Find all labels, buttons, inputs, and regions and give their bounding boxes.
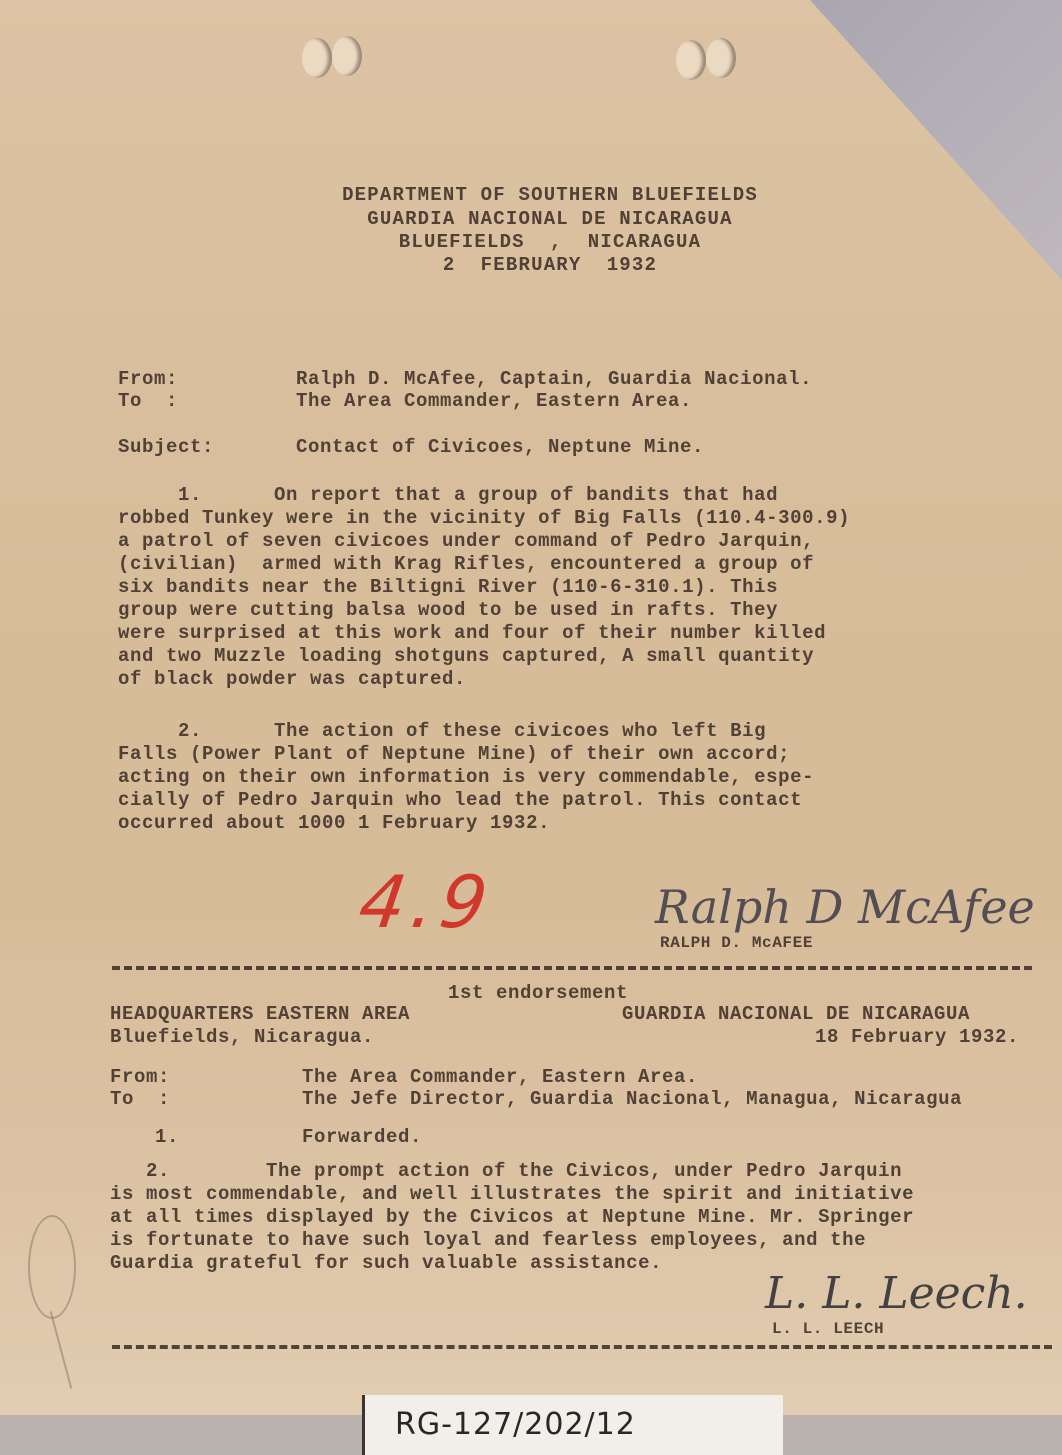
- endorsement-from-value: The Area Commander, Eastern Area.: [302, 1066, 698, 1088]
- paragraph-line: 1. On report that a group of bandits tha…: [118, 484, 778, 506]
- paragraph-line: occurred about 1000 1 February 1932.: [118, 812, 550, 834]
- endorsement-title: 1st endorsement: [448, 982, 628, 1004]
- to-value: The Area Commander, Eastern Area.: [296, 390, 692, 412]
- endorsement-location: Bluefields, Nicaragua.: [110, 1026, 374, 1048]
- paragraph-line: is fortunate to have such loyal and fear…: [110, 1229, 866, 1251]
- punch-hole: [332, 36, 362, 76]
- letterhead-department: DEPARTMENT OF SOUTHERN BLUEFIELDS: [250, 184, 850, 206]
- margin-pencil-mark-stem: [50, 1311, 73, 1389]
- letterhead-guardia: GUARDIA NACIONAL DE NICARAGUA: [250, 208, 850, 230]
- paragraph-line: at all times displayed by the Civicos at…: [110, 1206, 914, 1228]
- paragraph-line: and two Muzzle loading shotguns captured…: [118, 645, 814, 667]
- punch-hole: [706, 38, 736, 78]
- endorsement-to-value: The Jefe Director, Guardia Nacional, Man…: [302, 1088, 962, 1110]
- endorsement-to-label: To :: [110, 1088, 170, 1110]
- to-label: To :: [118, 390, 178, 412]
- paragraph-line: cially of Pedro Jarquin who lead the pat…: [118, 789, 802, 811]
- archive-label-card: RG-127/202/12: [362, 1395, 783, 1455]
- typed-signature-mcafee: RALPH D. McAFEE: [660, 932, 813, 954]
- endorsement-guardia: GUARDIA NACIONAL DE NICARAGUA: [622, 1003, 970, 1025]
- paragraph-line: Falls (Power Plant of Neptune Mine) of t…: [118, 743, 790, 765]
- subject-value: Contact of Civicoes, Neptune Mine.: [296, 436, 704, 458]
- paragraph-line: (civilian) armed with Krag Rifles, encou…: [118, 553, 814, 575]
- subject-label: Subject:: [118, 436, 214, 458]
- endorsement-date: 18 February 1932.: [815, 1026, 1019, 1048]
- paragraph-line: six bandits near the Biltigni River (110…: [118, 576, 778, 598]
- typed-signature-leech: L. L. LEECH: [772, 1318, 884, 1340]
- red-handwritten-annotation: 4.9: [354, 860, 498, 944]
- paragraph-line: 2. The action of these civicoes who left…: [118, 720, 766, 742]
- paragraph-line: robbed Tunkey were in the vicinity of Bi…: [118, 507, 850, 529]
- document-page: DEPARTMENT OF SOUTHERN BLUEFIELDS GUARDI…: [0, 0, 1062, 1415]
- endorsement-hq: HEADQUARTERS EASTERN AREA: [110, 1003, 410, 1025]
- paragraph-line: Guardia grateful for such valuable assis…: [110, 1252, 662, 1274]
- paragraph-line: acting on their own information is very …: [118, 766, 814, 788]
- archive-reference: RG-127/202/12: [395, 1407, 636, 1442]
- divider-dashed: [112, 966, 1032, 970]
- from-label: From:: [118, 368, 178, 390]
- letterhead-date: 2 FEBRUARY 1932: [250, 254, 850, 276]
- letterhead-location: BLUEFIELDS , NICARAGUA: [250, 231, 850, 253]
- divider-dashed: [112, 1345, 1052, 1349]
- paragraph-line: a patrol of seven civicoes under command…: [118, 530, 814, 552]
- punch-hole: [676, 40, 706, 80]
- endorsement-item-1-number: 1.: [155, 1126, 179, 1148]
- paragraph-line: of black powder was captured.: [118, 668, 466, 690]
- from-value: Ralph D. McAfee, Captain, Guardia Nacion…: [296, 368, 812, 390]
- punch-hole: [302, 38, 332, 78]
- paragraph-line: 2. The prompt action of the Civicos, und…: [110, 1160, 902, 1182]
- margin-pencil-mark: [28, 1215, 76, 1319]
- paragraph-line: is most commendable, and well illustrate…: [110, 1183, 914, 1205]
- endorsement-from-label: From:: [110, 1066, 170, 1088]
- endorsement-item-1-text: Forwarded.: [302, 1126, 422, 1148]
- handwritten-signature-leech: L. L. Leech.: [765, 1268, 1028, 1319]
- paragraph-line: group were cutting balsa wood to be used…: [118, 599, 778, 621]
- handwritten-signature-mcafee: Ralph D McAfee: [655, 880, 1035, 934]
- paragraph-line: were surprised at this work and four of …: [118, 622, 826, 644]
